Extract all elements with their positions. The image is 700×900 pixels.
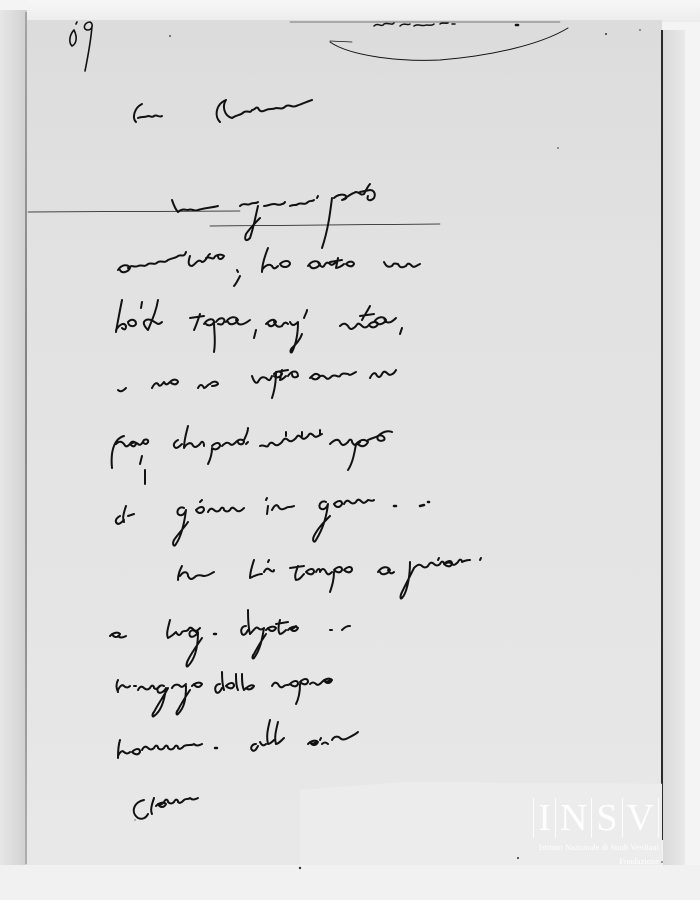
insv-watermark: I N S V Istituto Nazionale di Studi Verd…: [513, 798, 659, 866]
signature-ink: [134, 798, 198, 819]
header-fragment-mercoledi: [290, 22, 568, 60]
watermark-letter: N: [555, 798, 591, 838]
handwriting-ink: [0, 0, 700, 900]
salutation-ink: [134, 100, 312, 122]
line-7-ink: [178, 558, 481, 599]
line-10-ink: [118, 720, 358, 758]
watermark-institution-name: Istituto Nazionale di Studi Verdiani: [513, 842, 659, 852]
scanned-letter: 89 Mercoledì Cara Clarina Non farò mai p…: [0, 0, 700, 900]
watermark-letter: S: [591, 798, 621, 838]
watermark-letter: V: [622, 798, 659, 838]
watermark-fondazione: Fondazione: [513, 856, 659, 866]
page-number-handwritten: [70, 22, 92, 71]
line-9-ink: [117, 672, 333, 717]
line-1-ink: [28, 184, 440, 248]
line-6-ink: [116, 498, 429, 546]
line-8-ink: [110, 610, 350, 667]
watermark-logo: I N S V: [513, 798, 659, 838]
watermark-letter: I: [533, 798, 555, 838]
line-3-ink: [116, 300, 402, 353]
line-2-ink: [118, 248, 420, 286]
line-4-ink: [118, 370, 396, 398]
line-5-ink: [112, 426, 392, 484]
